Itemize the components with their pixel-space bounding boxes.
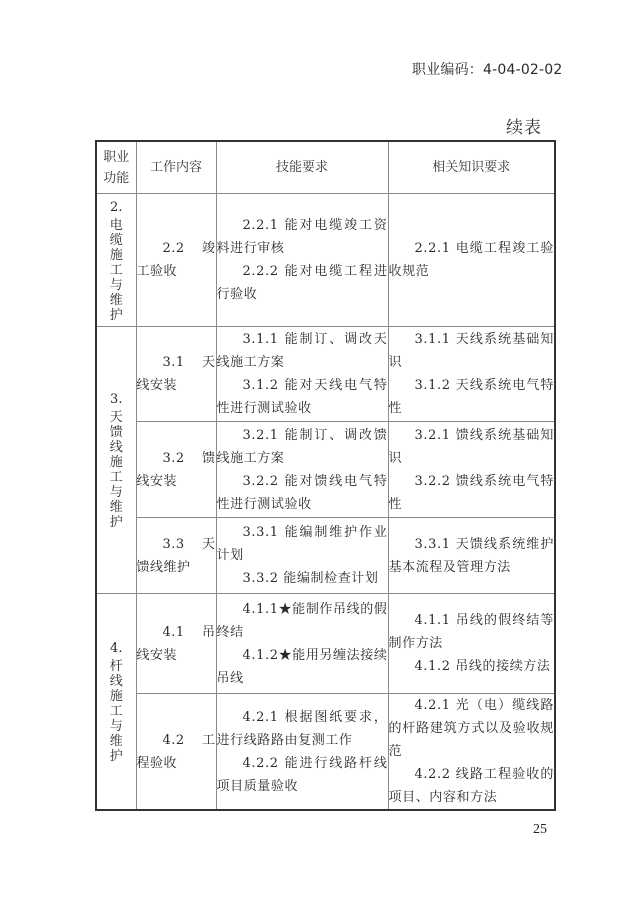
work-content-cell: 3.2 馈线安装 <box>136 422 216 518</box>
knowledge-item: 4.2.1 光（电）缆线路的杆路建筑方式以及验收规范 <box>389 694 555 763</box>
knowledge-cell: 3.3.1 天馈线系统维护基本流程及管理方法 <box>388 518 555 594</box>
knowledge-cell: 4.2.1 光（电）缆线路的杆路建筑方式以及验收规范 4.2.2 线路工程验收的… <box>388 694 555 811</box>
knowledge-item: 3.1.2 天线系统电气特性 <box>389 374 555 420</box>
skill-item: 4.2.1 根据图纸要求，进行线路路由复测工作 <box>217 706 388 752</box>
skill-item: 4.1.1★能制作吊线的假终结 <box>217 598 388 644</box>
table-row: 4.2 工程验收 4.2.1 根据图纸要求，进行线路路由复测工作 4.2.2 能… <box>96 694 555 811</box>
header-work-content: 工作内容 <box>136 141 216 194</box>
skill-item: 4.1.2★能用另缠法接续吊线 <box>217 644 388 690</box>
table-row: 2. 电缆施工与维护 2.2 竣工验收 2.2.1 能对电缆竣工资料进行审核 2… <box>96 194 555 327</box>
knowledge-item: 4.1.1 吊线的假终结等制作方法 <box>389 609 555 655</box>
work-content: 3.3 天馈线维护 <box>137 533 216 579</box>
skill-item: 3.1.1 能制订、调改天线施工方案 <box>217 328 388 374</box>
header-func-line1: 职业 <box>97 147 136 168</box>
function-number: 4. <box>97 639 136 659</box>
skill-item: 3.2.1 能制订、调改馈线施工方案 <box>217 424 388 470</box>
skill-item: 2.2.2 能对电缆工程进行验收 <box>217 260 388 306</box>
work-content-cell: 2.2 竣工验收 <box>136 194 216 327</box>
skills-requirements-table: 职业 功能 工作内容 技能要求 相关知识要求 2. 电缆施工与维护 2.2 竣工… <box>95 140 556 811</box>
occupation-code: 职业编码：4-04-02-02 <box>412 59 563 79</box>
function-number: 2. <box>97 198 136 218</box>
continued-label: 续表 <box>506 113 542 138</box>
skill-item: 4.2.2 能进行线路杆线项目质量验收 <box>217 752 388 798</box>
knowledge-cell: 4.1.1 吊线的假终结等制作方法 4.1.2 吊线的接续方法 <box>388 594 555 694</box>
table-row: 3. 天馈线施工与维护 3.1 天线安装 3.1.1 能制订、调改天线施工方案 … <box>96 327 555 422</box>
header-occupational-function: 职业 功能 <box>96 141 136 194</box>
work-content: 3.2 馈线安装 <box>137 447 216 493</box>
function-cell: 3. 天馈线施工与维护 <box>96 327 136 594</box>
knowledge-item: 3.3.1 天馈线系统维护基本流程及管理方法 <box>389 533 555 579</box>
knowledge-cell: 3.2.1 馈线系统基础知识 3.2.2 馈线系统电气特性 <box>388 422 555 518</box>
work-content: 4.2 工程验收 <box>137 729 216 775</box>
work-content: 4.1 吊线安装 <box>137 621 216 667</box>
knowledge-item: 4.2.2 线路工程验收的项目、内容和方法 <box>389 763 555 809</box>
function-name: 天馈线施工与维护 <box>109 410 123 530</box>
skills-cell: 4.1.1★能制作吊线的假终结 4.1.2★能用另缠法接续吊线 <box>216 594 388 694</box>
function-number: 3. <box>97 390 136 410</box>
skill-item: 2.2.1 能对电缆竣工资料进行审核 <box>217 214 388 260</box>
knowledge-item: 3.2.1 馈线系统基础知识 <box>389 424 555 470</box>
skills-cell: 3.3.1 能编制维护作业计划 3.3.2 能编制检查计划 <box>216 518 388 594</box>
table-row: 4. 杆线施工与维护 4.1 吊线安装 4.1.1★能制作吊线的假终结 4.1.… <box>96 594 555 694</box>
function-cell: 2. 电缆施工与维护 <box>96 194 136 327</box>
table-row: 3.2 馈线安装 3.2.1 能制订、调改馈线施工方案 3.2.2 能对馈线电气… <box>96 422 555 518</box>
function-name: 杆线施工与维护 <box>109 659 123 764</box>
work-content: 2.2 竣工验收 <box>137 237 216 283</box>
header-knowledge-requirements: 相关知识要求 <box>388 141 555 194</box>
work-content: 3.1 天线安装 <box>137 351 216 397</box>
skills-cell: 3.2.1 能制订、调改馈线施工方案 3.2.2 能对馈线电气特性进行测试验收 <box>216 422 388 518</box>
skills-cell: 2.2.1 能对电缆竣工资料进行审核 2.2.2 能对电缆工程进行验收 <box>216 194 388 327</box>
skill-item: 3.2.2 能对馈线电气特性进行测试验收 <box>217 470 388 516</box>
knowledge-item: 3.2.2 馈线系统电气特性 <box>389 470 555 516</box>
skills-cell: 3.1.1 能制订、调改天线施工方案 3.1.2 能对天线电气特性进行测试验收 <box>216 327 388 422</box>
skill-item: 3.3.2 能编制检查计划 <box>217 567 388 590</box>
header-func-line2: 功能 <box>97 168 136 189</box>
knowledge-item: 2.2.1 电缆工程竣工验收规范 <box>389 237 555 283</box>
table-row: 3.3 天馈线维护 3.3.1 能编制维护作业计划 3.3.2 能编制检查计划 … <box>96 518 555 594</box>
table-header-row: 职业 功能 工作内容 技能要求 相关知识要求 <box>96 141 555 194</box>
knowledge-item: 4.1.2 吊线的接续方法 <box>389 655 555 678</box>
header-skill-requirements: 技能要求 <box>216 141 388 194</box>
page-number: 25 <box>533 822 547 838</box>
skills-cell: 4.2.1 根据图纸要求，进行线路路由复测工作 4.2.2 能进行线路杆线项目质… <box>216 694 388 811</box>
knowledge-cell: 3.1.1 天线系统基础知识 3.1.2 天线系统电气特性 <box>388 327 555 422</box>
work-content-cell: 4.1 吊线安装 <box>136 594 216 694</box>
work-content-cell: 4.2 工程验收 <box>136 694 216 811</box>
work-content-cell: 3.3 天馈线维护 <box>136 518 216 594</box>
skill-item: 3.3.1 能编制维护作业计划 <box>217 521 388 567</box>
skill-item: 3.1.2 能对天线电气特性进行测试验收 <box>217 374 388 420</box>
function-name: 电缆施工与维护 <box>109 218 123 323</box>
knowledge-cell: 2.2.1 电缆工程竣工验收规范 <box>388 194 555 327</box>
function-cell: 4. 杆线施工与维护 <box>96 594 136 811</box>
work-content-cell: 3.1 天线安装 <box>136 327 216 422</box>
knowledge-item: 3.1.1 天线系统基础知识 <box>389 328 555 374</box>
